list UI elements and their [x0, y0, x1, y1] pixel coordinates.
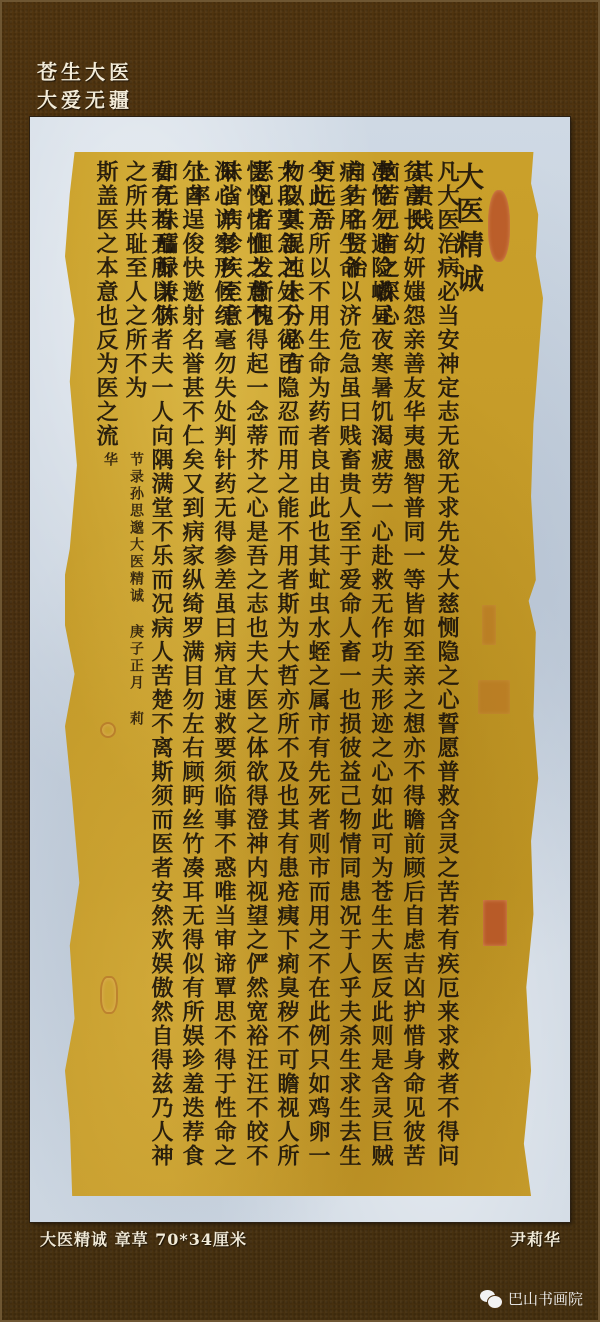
seal-oval-bottom [100, 976, 118, 1014]
title-line-1: 苍生大医 [37, 58, 133, 86]
seal-faint-upper [482, 605, 496, 645]
caption-artist: 尹莉华 [510, 1227, 561, 1250]
calligraphy-column: 斯盖医之本意也反为医之流 [93, 160, 119, 460]
seal-faint-square [478, 680, 510, 714]
title-line-2: 大爱无疆 [37, 86, 133, 114]
header-title: 苍生大医 大爱无疆 [37, 58, 133, 114]
seal-oval-top [488, 190, 510, 262]
seal-signature [100, 722, 116, 738]
watermark-label: 巴山书画院 [508, 1288, 583, 1309]
wechat-icon [480, 1290, 502, 1308]
caption-left: 大医精诚 章草 70*34厘米 [40, 1227, 247, 1250]
artist-inscription: 节录孙思邈大医精诚 庚子正月 莉华 [97, 452, 149, 732]
watermark: 巴山书画院 [480, 1288, 583, 1309]
seal-red-rect [483, 900, 507, 946]
